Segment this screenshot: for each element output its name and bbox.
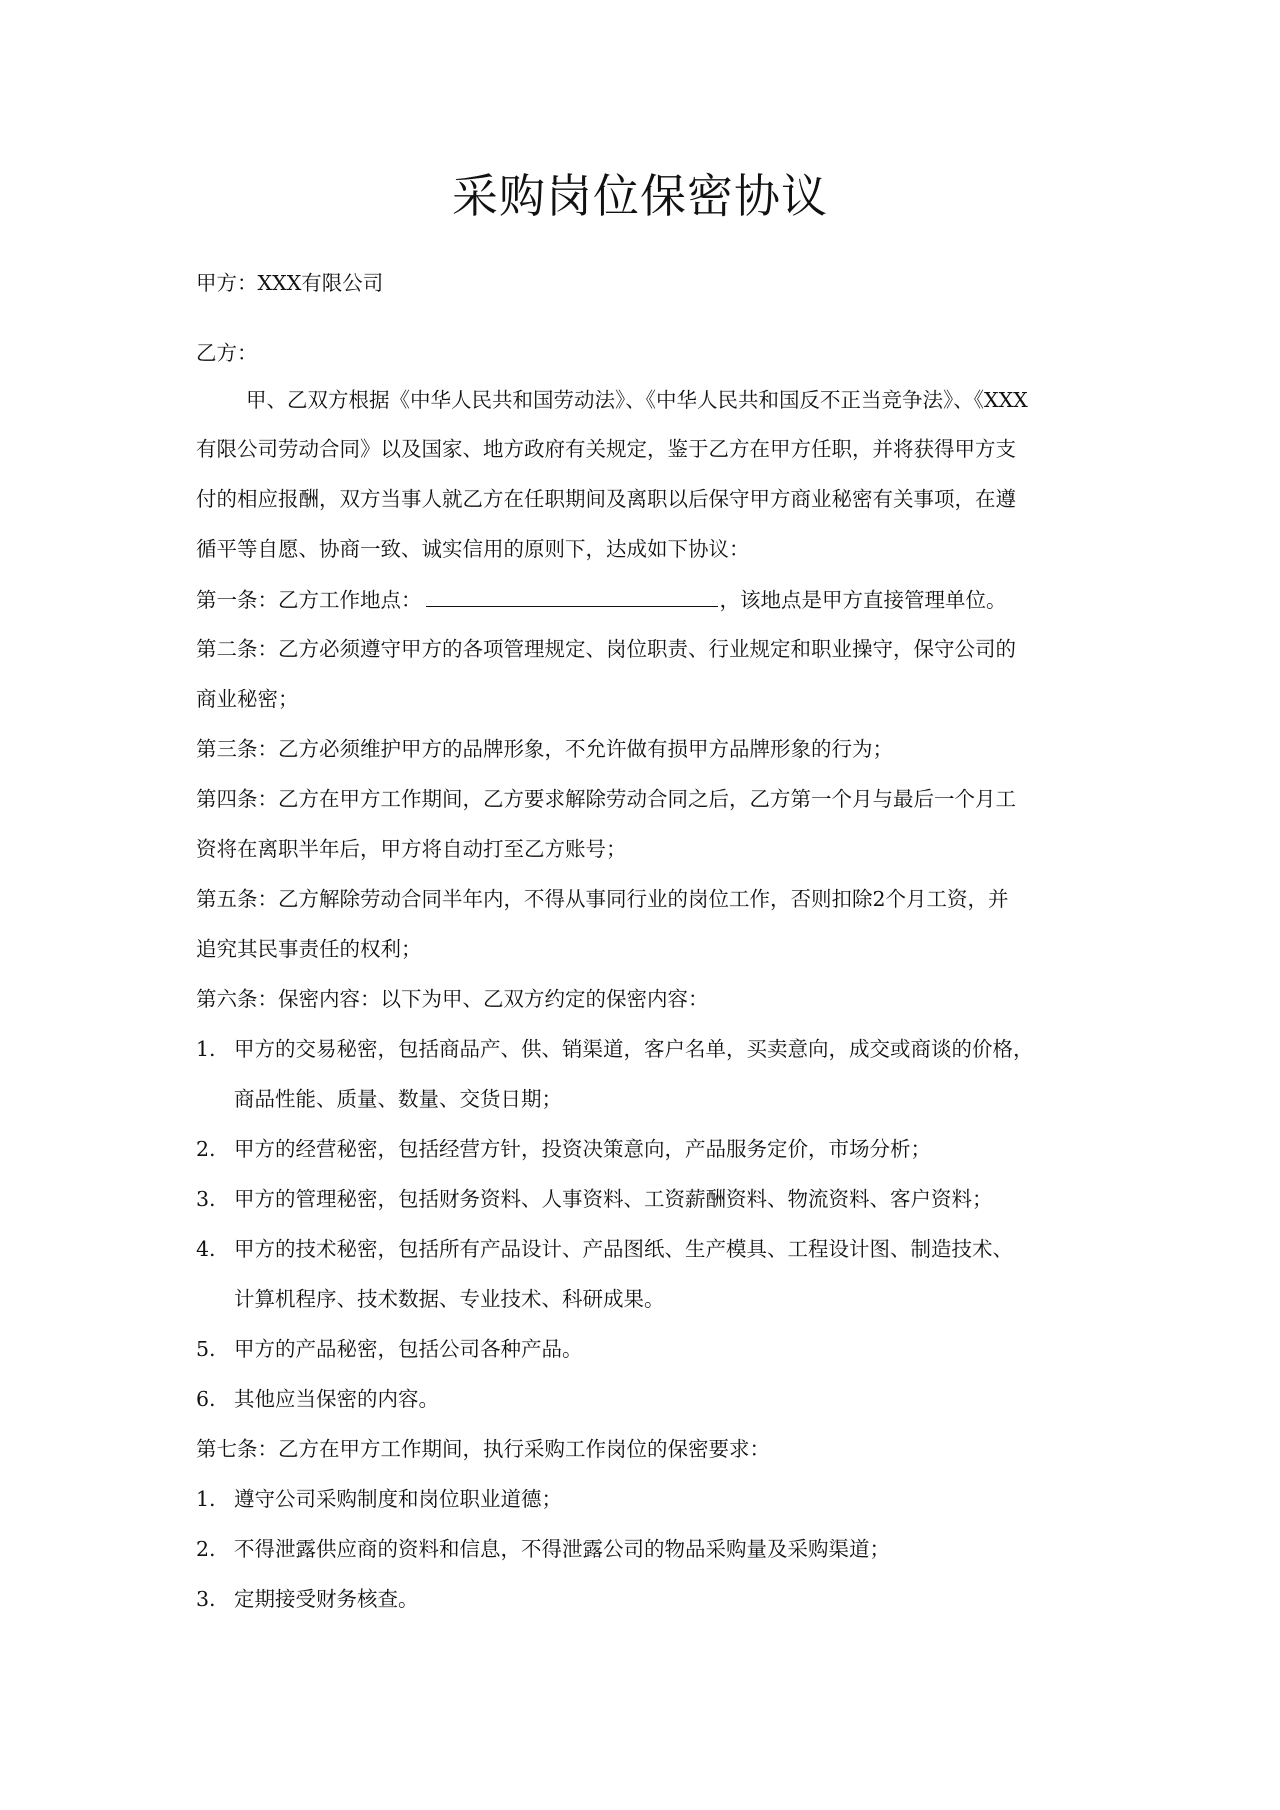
article-7-heading: 第七条：乙方在甲方工作期间，执行采购工作岗位的保密要求：	[196, 1434, 770, 1464]
list-item: 遵守公司采购制度和岗位职业道德；	[234, 1484, 562, 1514]
list-item: 不得泄露供应商的资料和信息，不得泄露公司的物品采购量及采购渠道；	[234, 1534, 890, 1564]
article-4-line: 第四条：乙方在甲方工作期间，乙方要求解除劳动合同之后，乙方第一个月与最后一个月工	[196, 784, 1016, 814]
article-1: 第一条：乙方工作地点：，该地点是甲方直接管理单位。	[196, 584, 1007, 615]
list-number: 3.	[196, 1584, 216, 1614]
party-b: 乙方：	[196, 338, 258, 368]
article-1-suffix: ，该地点是甲方直接管理单位。	[720, 588, 1007, 612]
list-item-continuation: 商品性能、质量、数量、交货日期；	[234, 1084, 562, 1114]
work-location-blank[interactable]	[426, 584, 718, 607]
article-2-line: 第二条：乙方必须遵守甲方的各项管理规定、岗位职责、行业规定和职业操守，保守公司的	[196, 634, 1016, 664]
list-number: 4.	[196, 1234, 216, 1264]
article-4-line: 资将在离职半年后，甲方将自动打至乙方账号；	[196, 834, 627, 864]
preamble-line: 付的相应报酬，双方当事人就乙方在任职期间及离职以后保守甲方商业秘密有关事项，在遵	[196, 484, 1016, 514]
list-item-continuation: 计算机程序、技术数据、专业技术、科研成果。	[234, 1284, 665, 1314]
list-number: 1.	[196, 1484, 216, 1514]
document-title: 采购岗位保密协议	[0, 168, 1280, 224]
list-number: 2.	[196, 1534, 216, 1564]
list-number: 1.	[196, 1034, 216, 1064]
list-number: 2.	[196, 1134, 216, 1164]
party-a: 甲方：XXX有限公司	[196, 268, 383, 298]
list-number: 5.	[196, 1334, 216, 1364]
article-5-line: 第五条：乙方解除劳动合同半年内，不得从事同行业的岗位工作，否则扣除2个月工资，并	[196, 884, 1009, 914]
preamble-line: 循平等自愿、协商一致、诚实信用的原则下，达成如下协议：	[196, 534, 750, 564]
list-item: 甲方的技术秘密，包括所有产品设计、产品图纸、生产模具、工程设计图、制造技术、	[234, 1234, 1013, 1264]
list-item: 定期接受财务核查。	[234, 1584, 419, 1614]
list-item: 甲方的管理秘密，包括财务资料、人事资料、工资薪酬资料、物流资料、客户资料；	[234, 1184, 993, 1214]
preamble-line: 有限公司劳动合同》以及国家、地方政府有关规定，鉴于乙方在甲方任职，并将获得甲方支	[196, 434, 1016, 464]
article-5-line: 追究其民事责任的权利；	[196, 934, 422, 964]
document-page: 采购岗位保密协议 甲方：XXX有限公司 乙方： 甲、乙双方根据《中华人民共和国劳…	[0, 0, 1280, 1810]
list-number: 6.	[196, 1384, 216, 1414]
article-6-heading: 第六条：保密内容：以下为甲、乙双方约定的保密内容：	[196, 984, 709, 1014]
list-item: 甲方的产品秘密，包括公司各种产品。	[234, 1334, 583, 1364]
article-2-line: 商业秘密；	[196, 684, 299, 714]
article-3: 第三条：乙方必须维护甲方的品牌形象，不允许做有损甲方品牌形象的行为；	[196, 734, 893, 764]
article-1-prefix: 第一条：乙方工作地点：	[196, 588, 422, 612]
list-item: 甲方的经营秘密，包括经营方针，投资决策意向，产品服务定价，市场分析；	[234, 1134, 931, 1164]
list-item: 其他应当保密的内容。	[234, 1384, 439, 1414]
list-number: 3.	[196, 1184, 216, 1214]
list-item: 甲方的交易秘密，包括商品产、供、销渠道，客户名单，买卖意向，成交或商谈的价格，	[234, 1034, 1034, 1064]
preamble-line: 甲、乙双方根据《中华人民共和国劳动法》、《中华人民共和国反不正当竞争法》、《XX…	[246, 385, 1028, 415]
